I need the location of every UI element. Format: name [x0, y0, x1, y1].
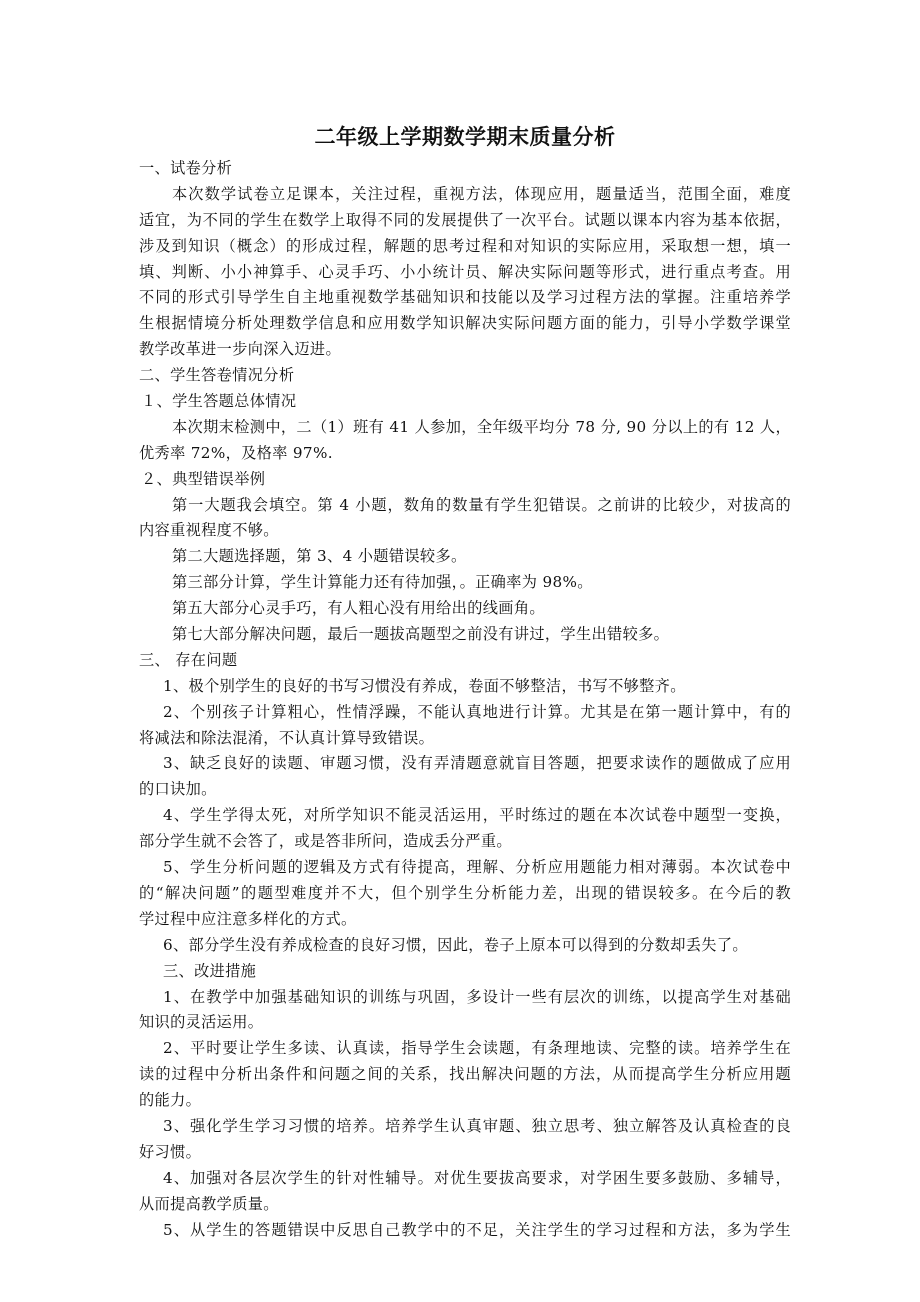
- paragraph-line: 好习惯。: [139, 1140, 791, 1166]
- paragraph-line: 将减法和除法混淆，不认真计算导致错误。: [139, 726, 791, 752]
- paragraph-line: 2、个别孩子计算粗心，性情浮躁，不能认真地进行计算。尤其是在第一题计算中，有的: [139, 700, 791, 726]
- paragraph-line: 本次期末检测中，二（1）班有 41 人参加，全年级平均分 78 分, 90 分以…: [139, 415, 791, 441]
- paragraph-line: 4、加强对各层次学生的针对性辅导。对优生要拔高要求，对学困生要多鼓励、多辅导，: [139, 1166, 791, 1192]
- paragraph-line: 第一大题我会填空。第 4 小题，数角的数量有学生犯错误。之前讲的比较少，对拔高的: [139, 493, 791, 519]
- paragraph-line: 本次数学试卷立足课本，关注过程，重视方法，体现应用，题量适当，范围全面，难度: [139, 182, 791, 208]
- paragraph-line: 三、 存在问题: [139, 648, 791, 674]
- paragraph-line: 优秀率 72%，及格率 97%.: [139, 441, 791, 467]
- paragraph-line: 第七大部分解决问题，最后一题拔高题型之前没有讲过，学生出错较多。: [139, 622, 791, 648]
- paragraph-line: 第二大题选择题，第 3、4 小题错误较多。: [139, 544, 791, 570]
- paragraph-line: 3、缺乏良好的读题、审题习惯，没有弄清题意就盲目答题，把要求读作的题做成了应用: [139, 751, 791, 777]
- paragraph-line: 内容重视程度不够。: [139, 518, 791, 544]
- paragraph-line: 填、判断、小小神算手、心灵手巧、小小统计员、解决实际问题等形式，进行重点考查。用: [139, 260, 791, 286]
- paragraph-line: 的能力。: [139, 1088, 791, 1114]
- paragraph-line: 5、学生分析问题的逻辑及方式有待提高，理解、分析应用题能力相对薄弱。本次试卷中: [139, 855, 791, 881]
- paragraph-line: 第三部分计算，学生计算能力还有待加强，。正确率为 98%。: [139, 570, 791, 596]
- paragraph-line: 3、强化学生学习习惯的培养。培养学生认真审题、独立思考、独立解答及认真检查的良: [139, 1114, 791, 1140]
- paragraph-line: 2、平时要让学生多读、认真读，指导学生会读题，有条理地读、完整的读。培养学生在: [139, 1036, 791, 1062]
- paragraph-line: 4、学生学得太死，对所学知识不能灵活运用，平时练过的题在本次试卷中题型一变换，: [139, 803, 791, 829]
- document-title: 二年级上学期数学期末质量分析: [139, 120, 791, 154]
- paragraph-line: 6、部分学生没有养成检查的良好习惯，因此，卷子上原本可以得到的分数却丢失了。: [139, 933, 791, 959]
- paragraph-line: 第五大部分心灵手巧，有人粗心没有用给出的线画角。: [139, 596, 791, 622]
- paragraph-line: 部分学生就不会答了，或是答非所问，造成丢分严重。: [139, 829, 791, 855]
- paragraph-line: 5、从学生的答题错误中反思自己教学中的不足，关注学生的学习过程和方法，多为学生: [139, 1218, 791, 1244]
- paragraph-line: 1、在教学中加强基础知识的训练与巩固，多设计一些有层次的训练，以提高学生对基础: [139, 985, 791, 1011]
- paragraph-line: 的口诀加。: [139, 777, 791, 803]
- paragraph-line: 知识的灵活运用。: [139, 1010, 791, 1036]
- paragraph-line: 学过程中应注意多样化的方式。: [139, 907, 791, 933]
- document-body: 一、试卷分析本次数学试卷立足课本，关注过程，重视方法，体现应用，题量适当，范围全…: [139, 156, 791, 1243]
- paragraph-line: 二、学生答卷情况分析: [139, 363, 791, 389]
- paragraph-line: 从而提高教学质量。: [139, 1192, 791, 1218]
- paragraph-line: 1、极个别学生的良好的书写习惯没有养成，卷面不够整洁，书写不够整齐。: [139, 674, 791, 700]
- document-page: 二年级上学期数学期末质量分析 一、试卷分析本次数学试卷立足课本，关注过程，重视方…: [139, 120, 791, 1243]
- paragraph-line: 三、改进措施: [139, 959, 791, 985]
- paragraph-line: 教学改革进一步向深入迈进。: [139, 337, 791, 363]
- paragraph-line: 的“解决问题”的题型难度并不大，但个别学生分析能力差，出现的错误较多。在今后的教: [139, 881, 791, 907]
- paragraph-line: 适宜，为不同的学生在数学上取得不同的发展提供了一次平台。试题以课本内容为基本依据…: [139, 208, 791, 234]
- paragraph-line: 不同的形式引导学生自主地重视数学基础知识和技能以及学习过程方法的掌握。注重培养学: [139, 285, 791, 311]
- paragraph-line: 一、试卷分析: [139, 156, 791, 182]
- paragraph-line: 涉及到知识（概念）的形成过程，解题的思考过程和对知识的实际应用，采取想一想，填一: [139, 234, 791, 260]
- paragraph-line: １、学生答题总体情况: [139, 389, 791, 415]
- paragraph-line: 生根据情境分析处理数学信息和应用数学知识解决实际问题方面的能力，引导小学数学课堂: [139, 311, 791, 337]
- paragraph-line: ２、典型错误举例: [139, 467, 791, 493]
- paragraph-line: 读的过程中分析出条件和问题之间的关系，找出解决问题的方法，从而提高学生分析应用题: [139, 1062, 791, 1088]
